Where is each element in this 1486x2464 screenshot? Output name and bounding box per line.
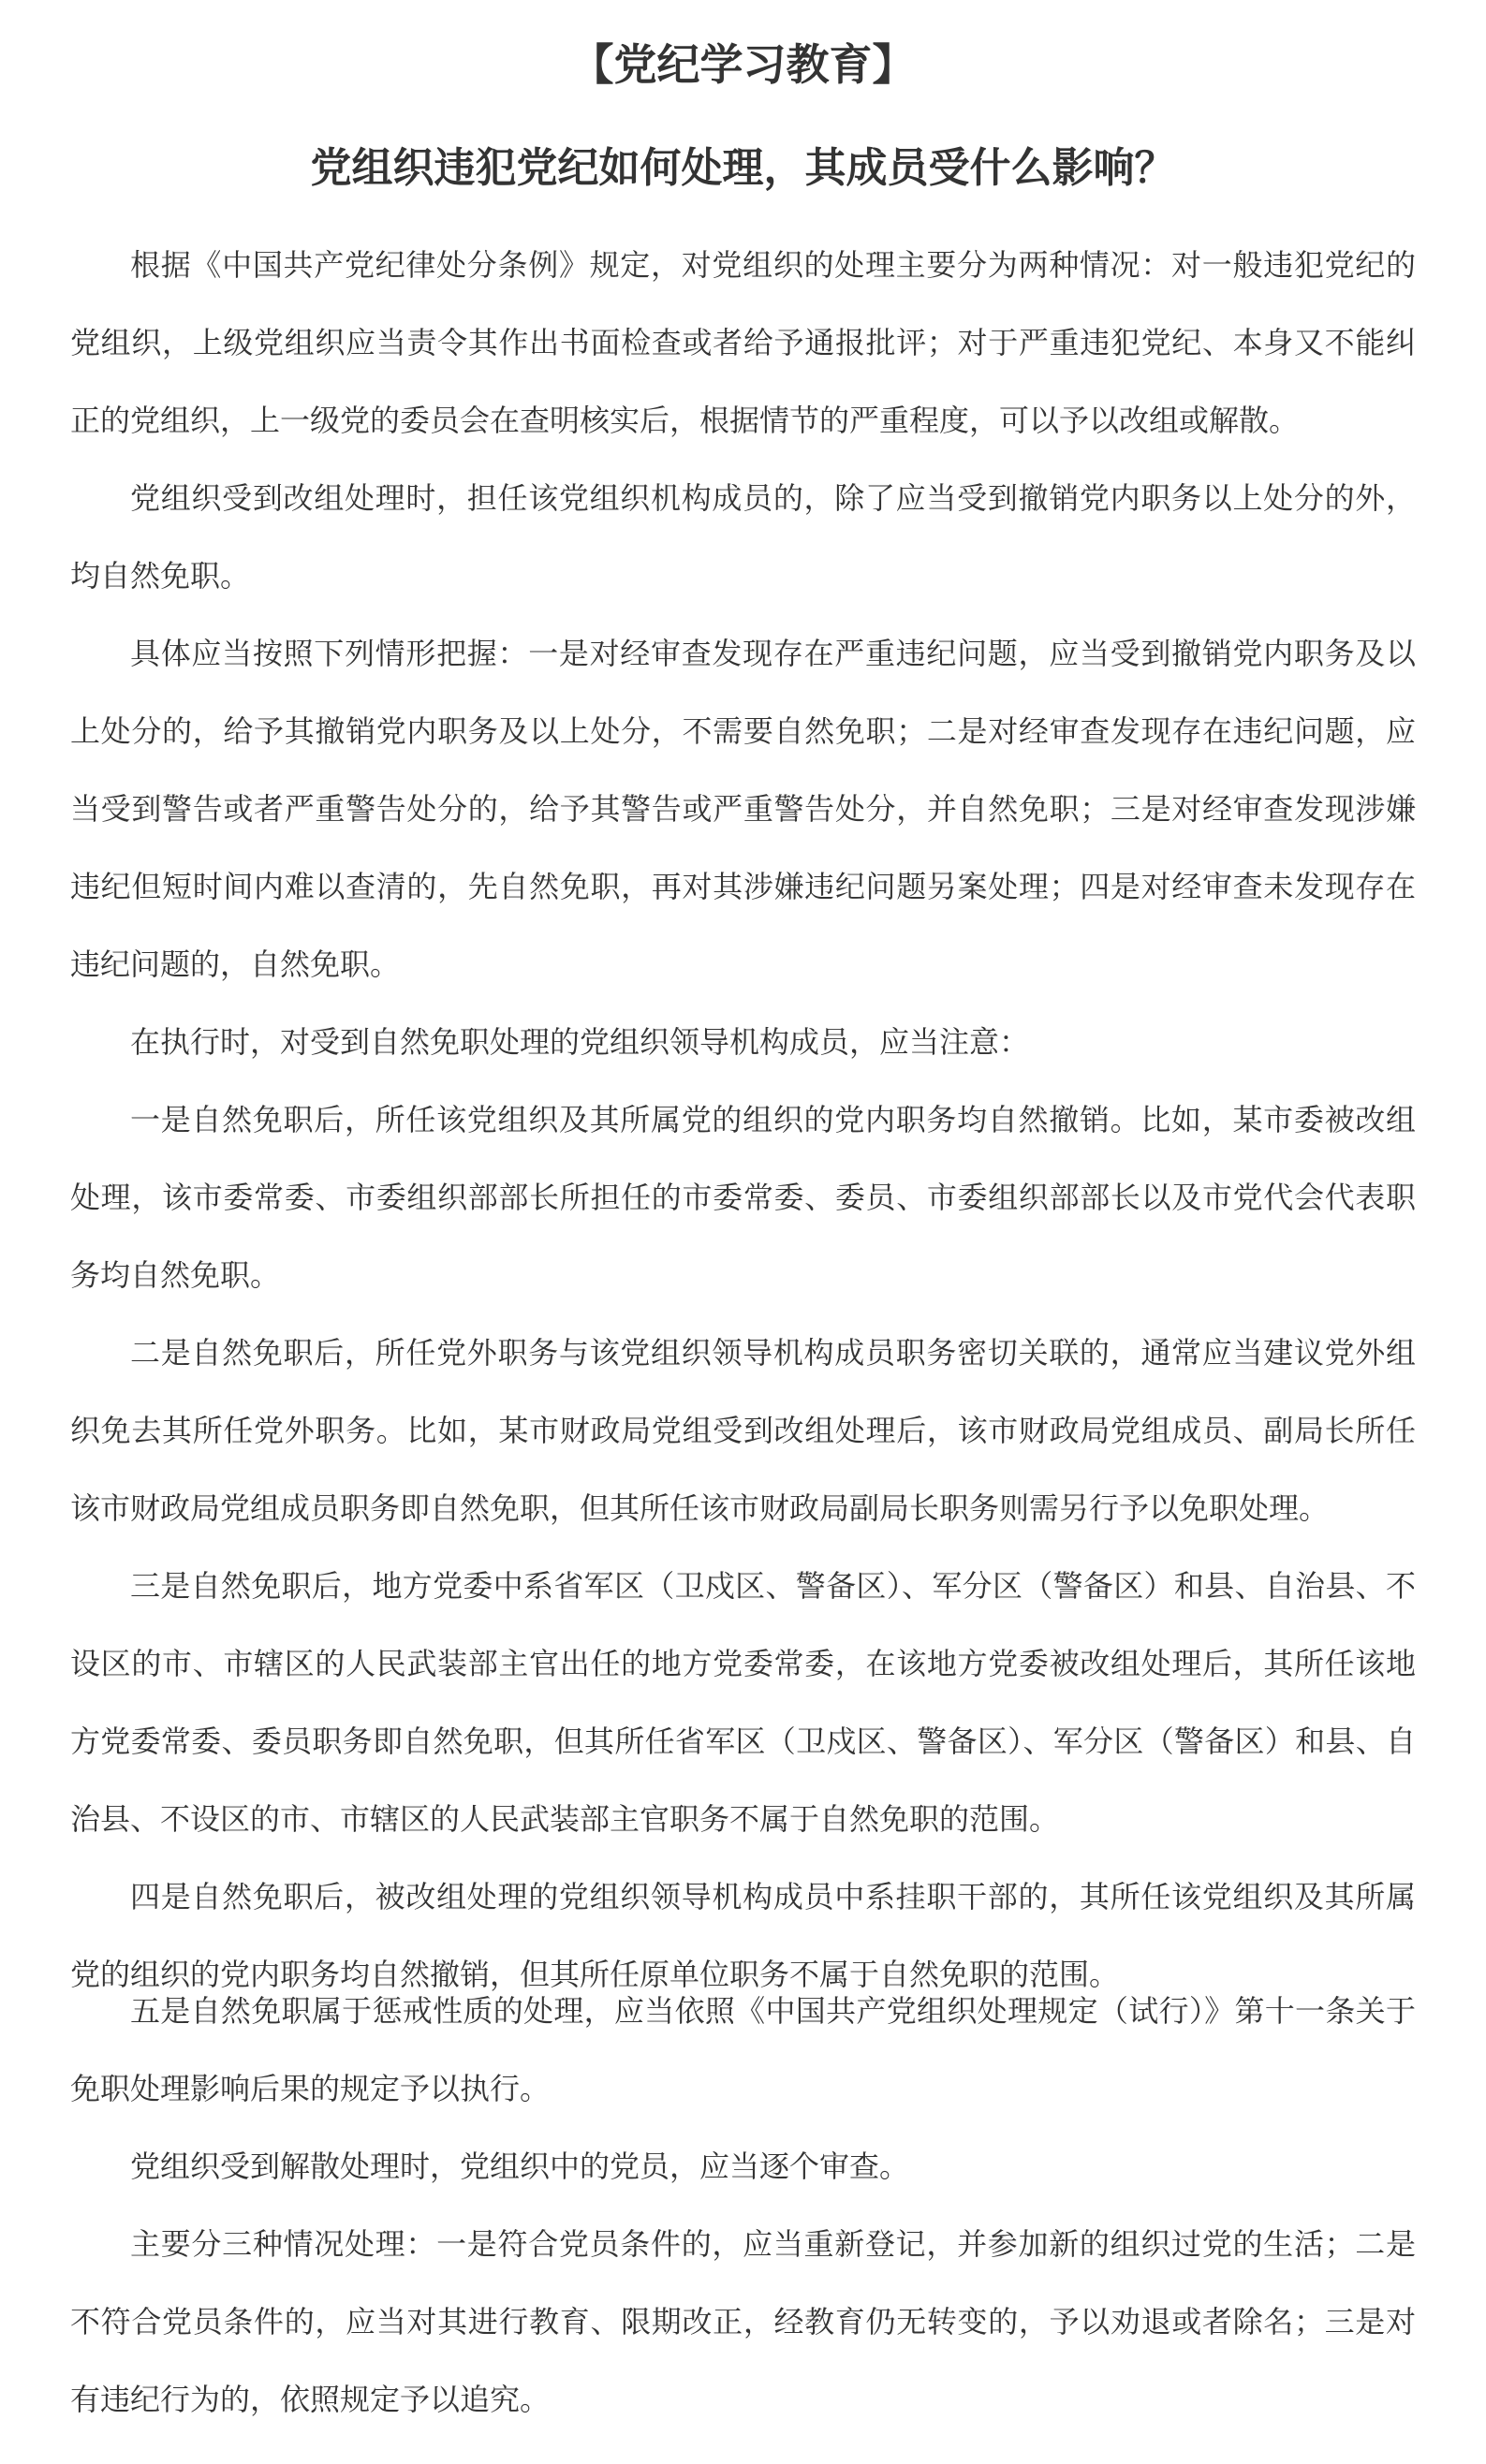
paragraph: 主要分三种情况处理：一是符合党员条件的，应当重新登记，并参加新的组织过党的生活；… (70, 2206, 1416, 2439)
paragraph: 党组织受到改组处理时，担任该党组织机构成员的，除了应当受到撤销党内职务以上处分的… (70, 460, 1416, 615)
tag-title: 【党纪学习教育】 (70, 43, 1416, 86)
document-page: 【党纪学习教育】 党组织违犯党纪如何处理，其成员受什么影响？ 根据《中国共产党纪… (0, 0, 1486, 2464)
paragraph: 具体应当按照下列情形把握：一是对经审查发现存在严重违纪问题，应当受到撤销党内职务… (70, 615, 1416, 1004)
paragraph: 二是自然免职后，所任党外职务与该党组织领导机构成员职务密切关联的，通常应当建议党… (70, 1314, 1416, 1547)
paragraph: 在执行时，对受到自然免职处理的党组织领导机构成员，应当注意： (70, 1004, 1416, 1081)
paragraph: 根据《中国共产党纪律处分条例》规定，对党组织的处理主要分为两种情况：对一般违犯党… (70, 227, 1416, 460)
paragraph: 一是自然免职后，所任该党组织及其所属党的组织的党内职务均自然撤销。比如，某市委被… (70, 1081, 1416, 1314)
page-title: 党组织违犯党纪如何处理，其成员受什么影响？ (70, 148, 1416, 189)
article-body: 根据《中国共产党纪律处分条例》规定，对党组织的处理主要分为两种情况：对一般违犯党… (70, 227, 1416, 2439)
paragraph: 党组织受到解散处理时，党组织中的党员，应当逐个审查。 (70, 2128, 1416, 2206)
paragraph: 五是自然免职属于惩戒性质的处理，应当依照《中国共产党组织处理规定（试行）》第十一… (70, 1973, 1416, 2128)
paragraph: 三是自然免职后，地方党委中系省军区（卫戍区、警备区）、军分区（警备区）和县、自治… (70, 1547, 1416, 1858)
